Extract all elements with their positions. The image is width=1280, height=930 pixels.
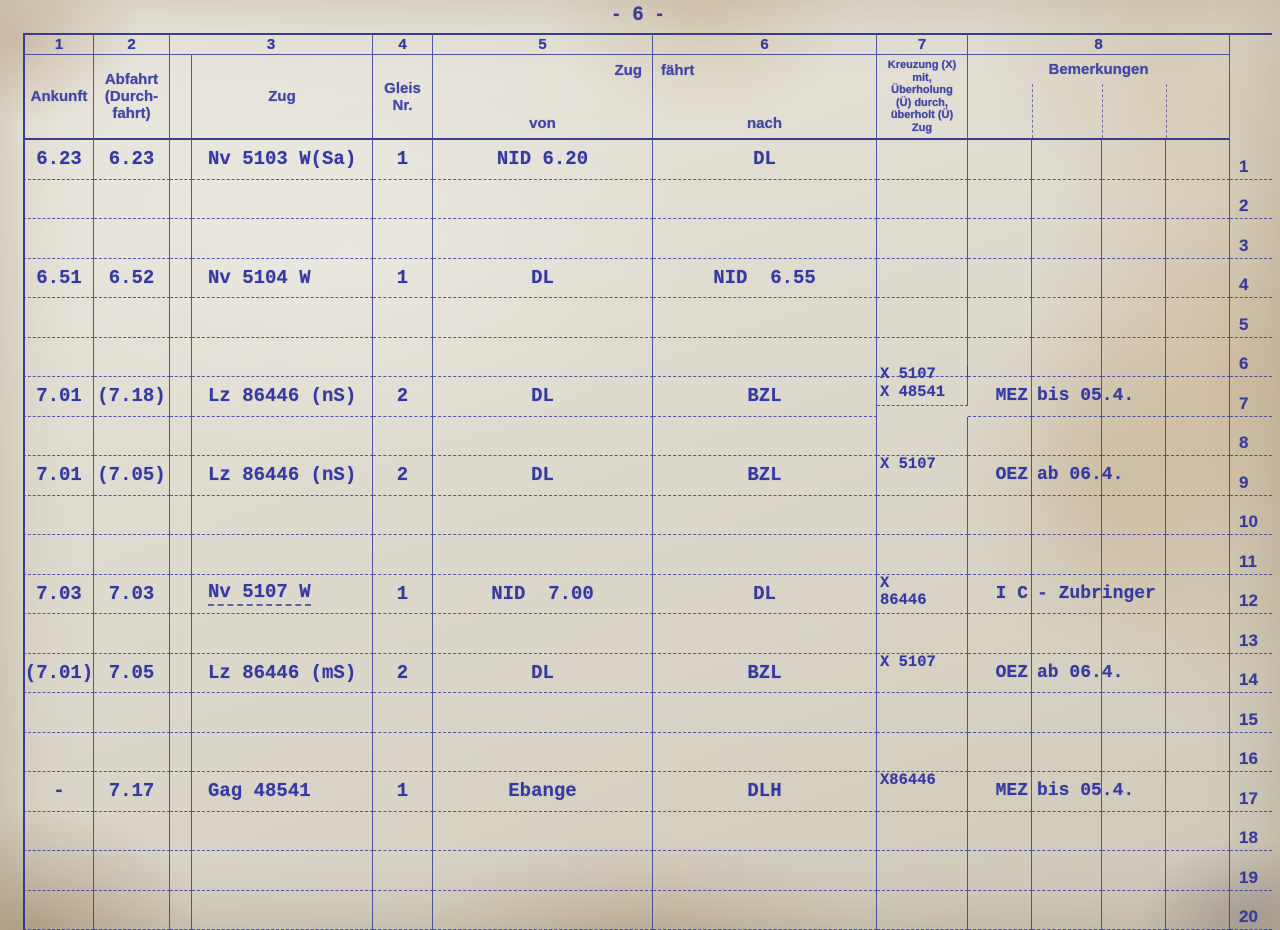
cell-gleis: [373, 535, 433, 575]
header-zug-faehrt-right: fährt: [653, 55, 876, 79]
cell-gleis: [373, 496, 433, 536]
header-bemerkungen-cell: Bemerkungen: [968, 55, 1230, 140]
row-number: 10: [1230, 496, 1272, 536]
cell-bemerkung-1: [968, 259, 1032, 299]
cell-von: [433, 417, 653, 457]
cell-bemerkung-3: [1102, 219, 1166, 259]
cell-von: [433, 614, 653, 654]
cell-bemerkung-2: [1032, 614, 1102, 654]
cell-bemerkung-1: [968, 891, 1032, 930]
cell-abfahrt: 6.23: [94, 140, 170, 180]
scanned-form-page: - 6 - 1 2 3 4 5 6 7 8 Ankunft Abfahrt (D…: [0, 0, 1280, 930]
table-row: 3: [23, 219, 1272, 259]
cell-von: Ebange: [433, 772, 653, 812]
cell-zug: [192, 535, 373, 575]
cell-abfahrt: [94, 496, 170, 536]
cell-bemerkung-4: [1166, 298, 1230, 338]
bemerkungen-subcol: [968, 84, 1032, 138]
cell-nach: DL: [653, 575, 877, 615]
cell-kreuzung: [877, 298, 968, 338]
cell-zug: [192, 417, 373, 457]
cell-kreuzung: [877, 496, 968, 536]
cell-nach: [653, 298, 877, 338]
cell-ankunft: 7.01: [23, 377, 94, 417]
cell-kreuzung: [877, 417, 968, 457]
table-row: 13: [23, 614, 1272, 654]
cell-bemerkung-1: [968, 140, 1032, 180]
cell-kreuzung: X 86446: [877, 575, 968, 615]
cell-von: DL: [433, 654, 653, 694]
cell-bemerkung-2: [1032, 259, 1102, 299]
cell-abfahrt: [94, 614, 170, 654]
table-row: 19: [23, 851, 1272, 891]
cell-substrip: [170, 417, 192, 457]
cell-abfahrt: [94, 812, 170, 852]
cell-gleis: 2: [373, 456, 433, 496]
cell-von: [433, 535, 653, 575]
cell-von: [433, 180, 653, 220]
cell-bemerkung-4: [1166, 417, 1230, 457]
cell-zug: [192, 851, 373, 891]
cell-bemerkung-3: [1102, 614, 1166, 654]
cell-nach: BZL: [653, 456, 877, 496]
col-number-6: 6: [653, 33, 877, 55]
cell-ankunft: [23, 417, 94, 457]
train-log-table: 1 2 3 4 5 6 7 8 Ankunft Abfahrt (Durch- …: [23, 33, 1272, 930]
cell-bemerkung-1: [968, 693, 1032, 733]
cell-bemerkung-4: [1166, 812, 1230, 852]
cell-substrip: [170, 812, 192, 852]
cell-kreuzung: [877, 693, 968, 733]
cell-zug: Lz 86446 (nS): [192, 377, 373, 417]
cell-bemerkung-4: [1166, 535, 1230, 575]
cell-nach: [653, 891, 877, 930]
header-spacer: [1230, 55, 1272, 140]
cell-substrip: [170, 733, 192, 773]
cell-bemerkung-2: [1032, 298, 1102, 338]
cell-gleis: [373, 812, 433, 852]
cell-ankunft: 6.51: [23, 259, 94, 299]
cell-gleis: [373, 851, 433, 891]
cell-zug: [192, 496, 373, 536]
cell-bemerkung-2: [1032, 535, 1102, 575]
row-number: 9: [1230, 456, 1272, 496]
cell-von: NID 6.20: [433, 140, 653, 180]
cell-abfahrt: [94, 693, 170, 733]
cell-bemerkung-1: [968, 535, 1032, 575]
cell-substrip: [170, 259, 192, 299]
cell-zug: [192, 219, 373, 259]
col-number-spacer: [1230, 33, 1272, 55]
cell-gleis: [373, 417, 433, 457]
cell-ankunft: [23, 614, 94, 654]
cell-abfahrt: (7.05): [94, 456, 170, 496]
cell-bemerkung-3: [1102, 338, 1166, 378]
cell-ankunft: [23, 851, 94, 891]
row-number: 15: [1230, 693, 1272, 733]
cell-bemerkung-3: [1102, 812, 1166, 852]
cell-nach: [653, 180, 877, 220]
table-row: -7.17Gag 485411EbangeDLHX86446MEZbis 05.…: [23, 772, 1272, 812]
cell-nach: [653, 614, 877, 654]
cell-bemerkung-3: [1102, 180, 1166, 220]
cell-nach: [653, 496, 877, 536]
cell-bemerkung-1: [968, 338, 1032, 378]
page-number: - 6 -: [0, 4, 1280, 26]
table-row: (7.01)7.05Lz 86446 (mS)2DLBZLX 5107OEZab…: [23, 654, 1272, 694]
cell-gleis: [373, 891, 433, 930]
row-number: 2: [1230, 180, 1272, 220]
cell-nach: NID 6.55: [653, 259, 877, 299]
cell-bemerkung-4: [1166, 377, 1230, 417]
cell-bemerkung-4: [1166, 693, 1230, 733]
cell-bemerkung-1: I C: [968, 575, 1032, 615]
cell-bemerkung-2: [1032, 219, 1102, 259]
row-number: 5: [1230, 298, 1272, 338]
cell-gleis: [373, 733, 433, 773]
cell-von: NID 7.00: [433, 575, 653, 615]
cell-substrip: [170, 575, 192, 615]
cell-bemerkung-3: [1102, 496, 1166, 536]
table-row: 20: [23, 891, 1272, 930]
cell-nach: [653, 535, 877, 575]
cell-bemerkung-3: [1102, 693, 1166, 733]
header-nach: nach: [653, 115, 876, 138]
cell-nach: BZL: [653, 377, 877, 417]
cell-bemerkung-1: MEZ: [968, 772, 1032, 812]
cell-bemerkung-4: [1166, 733, 1230, 773]
cell-zug: Lz 86446 (mS): [192, 654, 373, 694]
cell-kreuzung: [877, 180, 968, 220]
cell-von: [433, 496, 653, 536]
header-zug-faehrt-left: Zug: [433, 55, 652, 79]
cell-gleis: 1: [373, 259, 433, 299]
cell-nach: [653, 417, 877, 457]
cell-substrip: [170, 693, 192, 733]
row-number: 4: [1230, 259, 1272, 299]
cell-bemerkung-4: [1166, 338, 1230, 378]
col-number-4: 4: [373, 33, 433, 55]
cell-bemerkung-3: [1102, 733, 1166, 773]
cell-bemerkung-4: [1166, 891, 1230, 930]
cell-abfahrt: [94, 298, 170, 338]
cell-von: [433, 219, 653, 259]
cell-bemerkung-2: bis 05.4.: [1032, 772, 1102, 812]
table-row: 6.516.52Nv 5104 W1DLNID 6.554: [23, 259, 1272, 299]
cell-kreuzung: X 5107: [877, 456, 968, 496]
cell-von: [433, 733, 653, 773]
cell-zug: [192, 338, 373, 378]
cell-bemerkung-4: [1166, 456, 1230, 496]
cell-substrip: [170, 654, 192, 694]
cell-bemerkung-2: [1032, 693, 1102, 733]
row-number: 17: [1230, 772, 1272, 812]
cell-abfahrt: [94, 180, 170, 220]
cell-gleis: [373, 693, 433, 733]
cell-substrip: [170, 338, 192, 378]
cell-ankunft: [23, 891, 94, 930]
cell-bemerkung-2: [1032, 140, 1102, 180]
cell-abfahrt: [94, 219, 170, 259]
cell-nach: [653, 812, 877, 852]
cell-kreuzung: [877, 219, 968, 259]
header-ankunft: Ankunft: [23, 55, 94, 140]
cell-substrip: [170, 377, 192, 417]
header-zug: Zug: [192, 55, 373, 140]
row-number: 7: [1230, 377, 1272, 417]
cell-ankunft: [23, 298, 94, 338]
col-number-7: 7: [877, 33, 968, 55]
cell-abfahrt: [94, 851, 170, 891]
row-number: 12: [1230, 575, 1272, 615]
cell-bemerkung-1: [968, 180, 1032, 220]
cell-zug: [192, 891, 373, 930]
cell-abfahrt: 7.03: [94, 575, 170, 615]
cell-bemerkung-3: [1102, 851, 1166, 891]
table-row: 2: [23, 180, 1272, 220]
table-row: 7.01(7.05)Lz 86446 (nS)2DLBZLX 5107OEZab…: [23, 456, 1272, 496]
cell-von: DL: [433, 259, 653, 299]
cell-kreuzung: [877, 140, 968, 180]
cell-kreuzung: X 5107 X 48541: [877, 366, 968, 406]
cell-substrip: [170, 140, 192, 180]
cell-substrip: [170, 298, 192, 338]
cell-abfahrt: 7.05: [94, 654, 170, 694]
cell-zug: [192, 180, 373, 220]
cell-bemerkung-2: ab 06.4.: [1032, 654, 1102, 694]
row-number: 14: [1230, 654, 1272, 694]
cell-kreuzung: [877, 535, 968, 575]
cell-abfahrt: [94, 891, 170, 930]
cell-substrip: [170, 851, 192, 891]
row-number: 3: [1230, 219, 1272, 259]
cell-kreuzung: [877, 812, 968, 852]
header-bemerkungen: Bemerkungen: [968, 55, 1229, 84]
cell-ankunft: 7.01: [23, 456, 94, 496]
cell-bemerkung-3: [1102, 140, 1166, 180]
row-number: 1: [1230, 140, 1272, 180]
cell-ankunft: [23, 496, 94, 536]
cell-bemerkung-2: [1032, 417, 1102, 457]
cell-bemerkung-2: [1032, 733, 1102, 773]
cell-gleis: 2: [373, 377, 433, 417]
header-von: von: [433, 115, 652, 138]
cell-kreuzung: [877, 733, 968, 773]
table-header-row: Ankunft Abfahrt (Durch- fahrt) Zug Gleis…: [23, 55, 1272, 140]
cell-zug: Nv 5107 W: [192, 575, 373, 615]
cell-ankunft: [23, 219, 94, 259]
cell-bemerkung-1: MEZ: [968, 377, 1032, 417]
header-substrip: [170, 55, 192, 140]
table-row: 7.037.03Nv 5107 W1NID 7.00DLX 86446I C- …: [23, 575, 1272, 615]
cell-gleis: 1: [373, 140, 433, 180]
cell-bemerkung-2: [1032, 851, 1102, 891]
header-gleis-nr: Gleis Nr.: [373, 55, 433, 140]
cell-bemerkung-4: [1166, 614, 1230, 654]
table-row: 16: [23, 733, 1272, 773]
underlined-train-label: Nv 5107 W: [208, 581, 311, 606]
bemerkungen-subcol: [1166, 84, 1229, 138]
table-row: 15: [23, 693, 1272, 733]
row-number: 6: [1230, 338, 1272, 378]
cell-abfahrt: [94, 733, 170, 773]
cell-abfahrt: (7.18): [94, 377, 170, 417]
cell-kreuzung: [877, 259, 968, 299]
cell-bemerkung-1: [968, 614, 1032, 654]
cell-zug: Nv 5103 W(Sa): [192, 140, 373, 180]
cell-von: DL: [433, 456, 653, 496]
table-row: 6: [23, 338, 1272, 378]
cell-bemerkung-3: [1102, 417, 1166, 457]
cell-bemerkung-4: [1166, 180, 1230, 220]
cell-substrip: [170, 180, 192, 220]
row-number: 20: [1230, 891, 1272, 930]
cell-bemerkung-3: [1102, 298, 1166, 338]
cell-nach: [653, 693, 877, 733]
cell-ankunft: [23, 733, 94, 773]
cell-kreuzung: [877, 851, 968, 891]
col-number-2: 2: [94, 33, 170, 55]
header-von-cell: Zug von: [433, 55, 653, 140]
cell-substrip: [170, 891, 192, 930]
row-number: 18: [1230, 812, 1272, 852]
cell-gleis: 1: [373, 772, 433, 812]
cell-ankunft: [23, 812, 94, 852]
cell-bemerkung-1: OEZ: [968, 456, 1032, 496]
cell-abfahrt: [94, 417, 170, 457]
cell-bemerkung-2: ab 06.4.: [1032, 456, 1102, 496]
cell-bemerkung-3: [1102, 891, 1166, 930]
header-nach-cell: fährt nach: [653, 55, 877, 140]
row-number: 19: [1230, 851, 1272, 891]
cell-bemerkung-2: - Zubringer: [1032, 575, 1102, 615]
cell-substrip: [170, 219, 192, 259]
cell-zug: Nv 5104 W: [192, 259, 373, 299]
cell-bemerkung-1: [968, 496, 1032, 536]
cell-kreuzung: [877, 614, 968, 654]
cell-bemerkung-4: [1166, 259, 1230, 299]
table-body: 6.236.23Nv 5103 W(Sa)1NID 6.20DL1236.516…: [23, 140, 1272, 930]
cell-bemerkung-1: [968, 733, 1032, 773]
cell-zug: Lz 86446 (nS): [192, 456, 373, 496]
cell-bemerkung-2: [1032, 496, 1102, 536]
col-number-3: 3: [170, 33, 373, 55]
cell-bemerkung-4: [1166, 851, 1230, 891]
cell-nach: [653, 851, 877, 891]
row-number: 16: [1230, 733, 1272, 773]
cell-bemerkung-2: bis 05.4.: [1032, 377, 1102, 417]
cell-bemerkung-1: [968, 298, 1032, 338]
cell-abfahrt: 6.52: [94, 259, 170, 299]
cell-substrip: [170, 535, 192, 575]
cell-gleis: 2: [373, 654, 433, 694]
cell-kreuzung: X 5107: [877, 654, 968, 694]
table-row: 7.01(7.18)Lz 86446 (nS)2DLBZLX 5107 X 48…: [23, 377, 1272, 417]
cell-zug: Gag 48541: [192, 772, 373, 812]
col-number-1: 1: [23, 33, 94, 55]
table-row: 5: [23, 298, 1272, 338]
cell-bemerkung-1: OEZ: [968, 654, 1032, 694]
cell-zug: [192, 812, 373, 852]
cell-bemerkung-1: [968, 812, 1032, 852]
cell-substrip: [170, 456, 192, 496]
cell-zug: [192, 298, 373, 338]
cell-ankunft: [23, 338, 94, 378]
row-number: 13: [1230, 614, 1272, 654]
cell-bemerkung-4: [1166, 575, 1230, 615]
cell-ankunft: [23, 535, 94, 575]
cell-ankunft: [23, 693, 94, 733]
cell-bemerkung-4: [1166, 140, 1230, 180]
cell-von: [433, 812, 653, 852]
cell-gleis: [373, 298, 433, 338]
cell-bemerkung-2: [1032, 891, 1102, 930]
table-row: 10: [23, 496, 1272, 536]
cell-ankunft: 6.23: [23, 140, 94, 180]
table-row: 18: [23, 812, 1272, 852]
cell-nach: DLH: [653, 772, 877, 812]
cell-nach: [653, 733, 877, 773]
cell-von: [433, 851, 653, 891]
cell-bemerkung-4: [1166, 772, 1230, 812]
cell-substrip: [170, 614, 192, 654]
cell-von: [433, 693, 653, 733]
cell-abfahrt: [94, 535, 170, 575]
col-number-5: 5: [433, 33, 653, 55]
bemerkungen-subcol: [1102, 84, 1166, 138]
cell-von: [433, 891, 653, 930]
bemerkungen-subcol: [1032, 84, 1102, 138]
cell-kreuzung: X86446: [877, 772, 968, 812]
cell-von: [433, 298, 653, 338]
cell-bemerkung-3: [1102, 259, 1166, 299]
cell-kreuzung: [877, 891, 968, 930]
cell-ankunft: [23, 180, 94, 220]
cell-bemerkung-1: [968, 851, 1032, 891]
cell-gleis: [373, 338, 433, 378]
cell-bemerkung-3: [1102, 535, 1166, 575]
column-number-row: 1 2 3 4 5 6 7 8: [23, 33, 1272, 55]
cell-nach: [653, 219, 877, 259]
cell-von: [433, 338, 653, 378]
cell-nach: DL: [653, 140, 877, 180]
bemerkungen-subcolumns: [968, 84, 1229, 138]
cell-zug: [192, 693, 373, 733]
header-kreuzung: Kreuzung (X) mit, Überholung (Ü) durch, …: [877, 55, 968, 140]
table-row: 11: [23, 535, 1272, 575]
cell-zug: [192, 614, 373, 654]
cell-von: DL: [433, 377, 653, 417]
cell-gleis: [373, 219, 433, 259]
cell-bemerkung-1: [968, 417, 1032, 457]
cell-zug: [192, 733, 373, 773]
cell-bemerkung-2: [1032, 812, 1102, 852]
cell-nach: BZL: [653, 654, 877, 694]
cell-substrip: [170, 496, 192, 536]
cell-gleis: [373, 614, 433, 654]
cell-nach: [653, 338, 877, 378]
cell-bemerkung-4: [1166, 654, 1230, 694]
cell-abfahrt: 7.17: [94, 772, 170, 812]
cell-substrip: [170, 772, 192, 812]
cell-bemerkung-4: [1166, 219, 1230, 259]
table-row: 8: [23, 417, 1272, 457]
cell-bemerkung-1: [968, 219, 1032, 259]
header-abfahrt: Abfahrt (Durch- fahrt): [94, 55, 170, 140]
cell-gleis: 1: [373, 575, 433, 615]
cell-bemerkung-2: [1032, 338, 1102, 378]
row-number: 11: [1230, 535, 1272, 575]
